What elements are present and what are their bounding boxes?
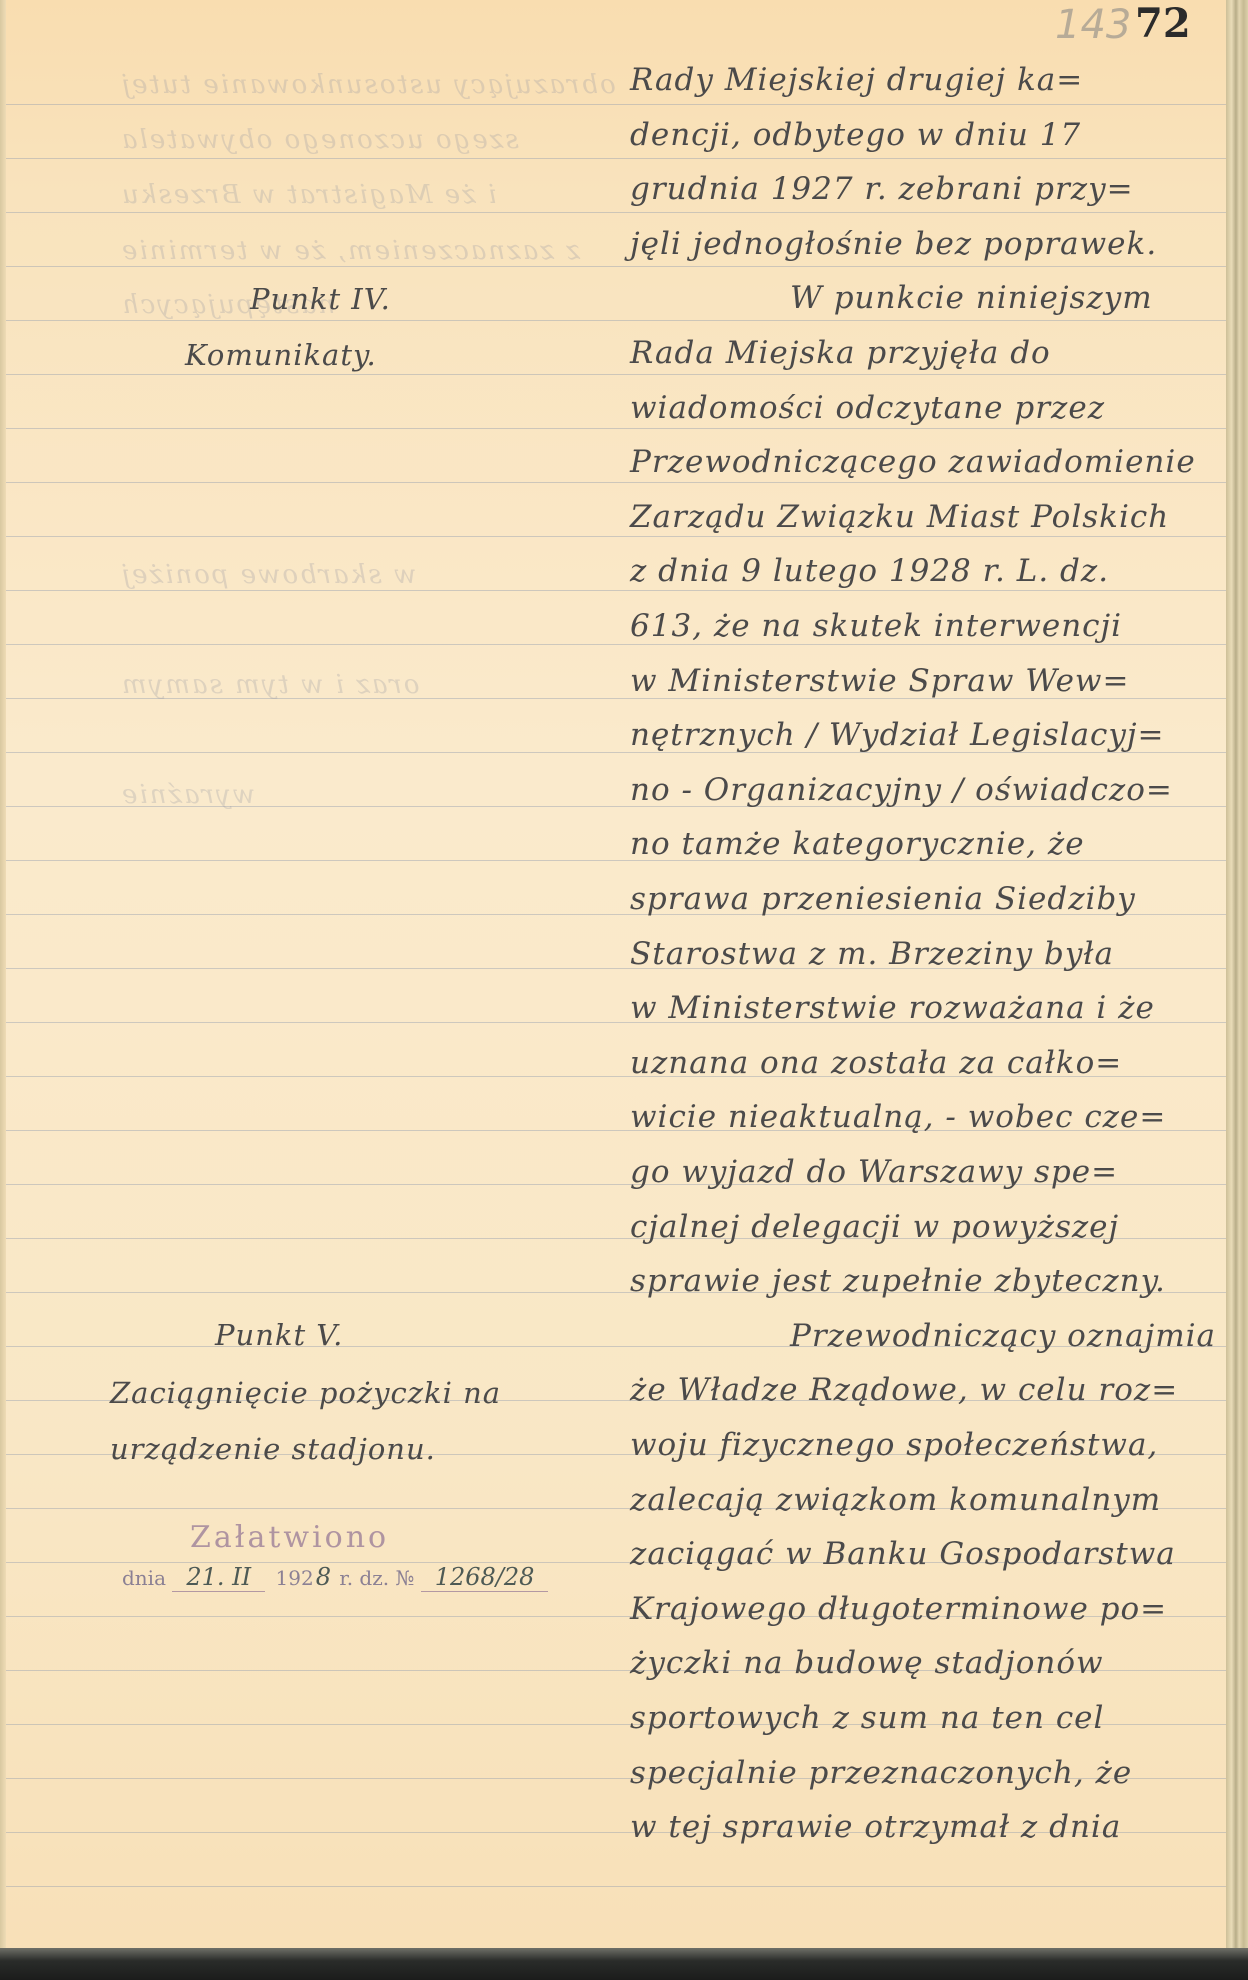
ruled-line — [6, 590, 1226, 591]
ruled-line — [6, 104, 1226, 105]
margin-point-4-heading: Punkt IV. — [250, 282, 391, 316]
ruled-line — [6, 428, 1226, 429]
main-text-line: zalecają związkom komunalnym — [630, 1482, 1161, 1518]
stamp-date: 21. II — [172, 1563, 265, 1592]
ruled-line — [6, 1886, 1226, 1887]
main-text-line: Starostwa z m. Brzeziny była — [630, 936, 1114, 972]
main-text-line: jęli jednogłośnie bez poprawek. — [630, 226, 1157, 262]
page-number: 72 — [1135, 0, 1191, 47]
ruled-line — [6, 266, 1226, 267]
main-text-line: 613, że na skutek interwencji — [630, 608, 1122, 644]
binding-left-edge — [0, 0, 6, 1948]
main-text-line: sprawie jest zupełnie zbyteczny. — [630, 1263, 1166, 1299]
main-text-line: zaciągać w Banku Gospodarstwa — [630, 1536, 1176, 1572]
main-text-line: w Ministerstwie Spraw Wew= — [630, 663, 1129, 699]
ruled-line — [6, 536, 1226, 537]
main-text-line: Przewodniczącego zawiadomienie — [630, 444, 1196, 480]
bleed-through-line: z zaznaczeniem, że w terminie — [120, 236, 580, 266]
margin-point-5-title-line-1: Zaciągnięcie pożyczki na — [110, 1376, 501, 1410]
point-4-heading-text: Punkt IV. — [250, 282, 391, 316]
bleed-through-line: wyraźnie — [120, 780, 255, 810]
scan-bottom-edge — [0, 1948, 1248, 1980]
stamp-title: Załatwiono — [190, 1520, 389, 1555]
margin-point-4-title: Komunikaty. — [185, 338, 377, 372]
stamp-suffix: r. dz. № — [339, 1566, 414, 1590]
main-text-line: Krajowego długoterminowe po= — [630, 1591, 1167, 1627]
main-text-line: cjalnej delegacji w powyższej — [630, 1209, 1119, 1245]
stamp-number: 1268/28 — [421, 1563, 549, 1592]
main-text-line: grudnia 1927 r. zebrani przy= — [630, 171, 1134, 207]
ruled-line — [6, 482, 1226, 483]
ledger-page: obrazujący ustosunkowanie tutejszego ucz… — [0, 0, 1226, 1948]
main-text-line: Przewodniczący oznajmia — [790, 1318, 1216, 1354]
binding-right-edge — [1226, 0, 1248, 1980]
ruled-line — [6, 320, 1226, 321]
main-text-line: no - Organizacyjny / oświadczo= — [630, 772, 1173, 808]
stamp-year-digit: 8 — [314, 1563, 333, 1591]
main-text-line: z dnia 9 lutego 1928 r. L. dz. — [630, 553, 1109, 589]
margin-point-5-heading: Punkt V. — [215, 1318, 343, 1352]
bleed-through-line: obrazujący ustosunkowanie tutej — [120, 70, 616, 100]
pencil-page-number: 143 — [1055, 2, 1131, 48]
stamp-prefix: dnia — [122, 1566, 166, 1590]
main-text-line: nętrznych / Wydział Legislacyj= — [630, 717, 1165, 753]
bleed-through-line: w skarbowe poniżej — [120, 560, 416, 590]
main-text-line: Rady Miejskiej drugiej ka= — [630, 62, 1083, 98]
main-text-line: sprawa przeniesienia Siedziby — [630, 881, 1136, 917]
main-text-line: no tamże kategorycznie, że — [630, 826, 1085, 862]
main-text-line: w tej sprawie otrzymał z dnia — [630, 1809, 1121, 1845]
bleed-through-line: oraz i w tym samym — [120, 670, 420, 700]
main-text-line: go wyjazd do Warszawy spe= — [630, 1154, 1118, 1190]
main-text-line: sportowych z sum na ten cel — [630, 1700, 1104, 1736]
ruled-line — [6, 644, 1226, 645]
main-text-line: wiadomości odczytane przez — [630, 390, 1105, 426]
main-text-line: w Ministerstwie rozważana i że — [630, 990, 1155, 1026]
stamp-date-row: dnia 21. II 1928 r. dz. № 1268/28 — [122, 1563, 548, 1599]
main-text-line: że Władze Rządowe, w celu roz= — [630, 1372, 1178, 1408]
main-text-line: uznana ona została za całko= — [630, 1045, 1122, 1081]
ruled-line — [6, 374, 1226, 375]
main-text-line: Zarządu Związku Miast Polskich — [630, 499, 1169, 535]
main-text-line: specjalnie przeznaczonych, że — [630, 1755, 1132, 1791]
ruled-line — [6, 158, 1226, 159]
main-text-line: wicie nieaktualną, - wobec cze= — [630, 1099, 1166, 1135]
bleed-through-line: szego uczonego obywatela — [120, 125, 519, 155]
main-text-line: dencji, odbytego w dniu 17 — [630, 117, 1081, 153]
stamp-year-prefix: 192 — [276, 1566, 314, 1590]
margin-point-5-title-line-2: urządzenie stadjonu. — [110, 1432, 436, 1466]
main-text-line: W punkcie niniejszym — [790, 280, 1153, 316]
ruled-line — [6, 212, 1226, 213]
bleed-through-line: i że Magistrat w Brzesku — [120, 180, 496, 210]
main-text-line: Rada Miejska przyjęła do — [630, 335, 1051, 371]
main-text-line: życzki na budowę stadjonów — [630, 1645, 1104, 1681]
main-text-line: woju fizycznego społeczeństwa, — [630, 1427, 1158, 1463]
